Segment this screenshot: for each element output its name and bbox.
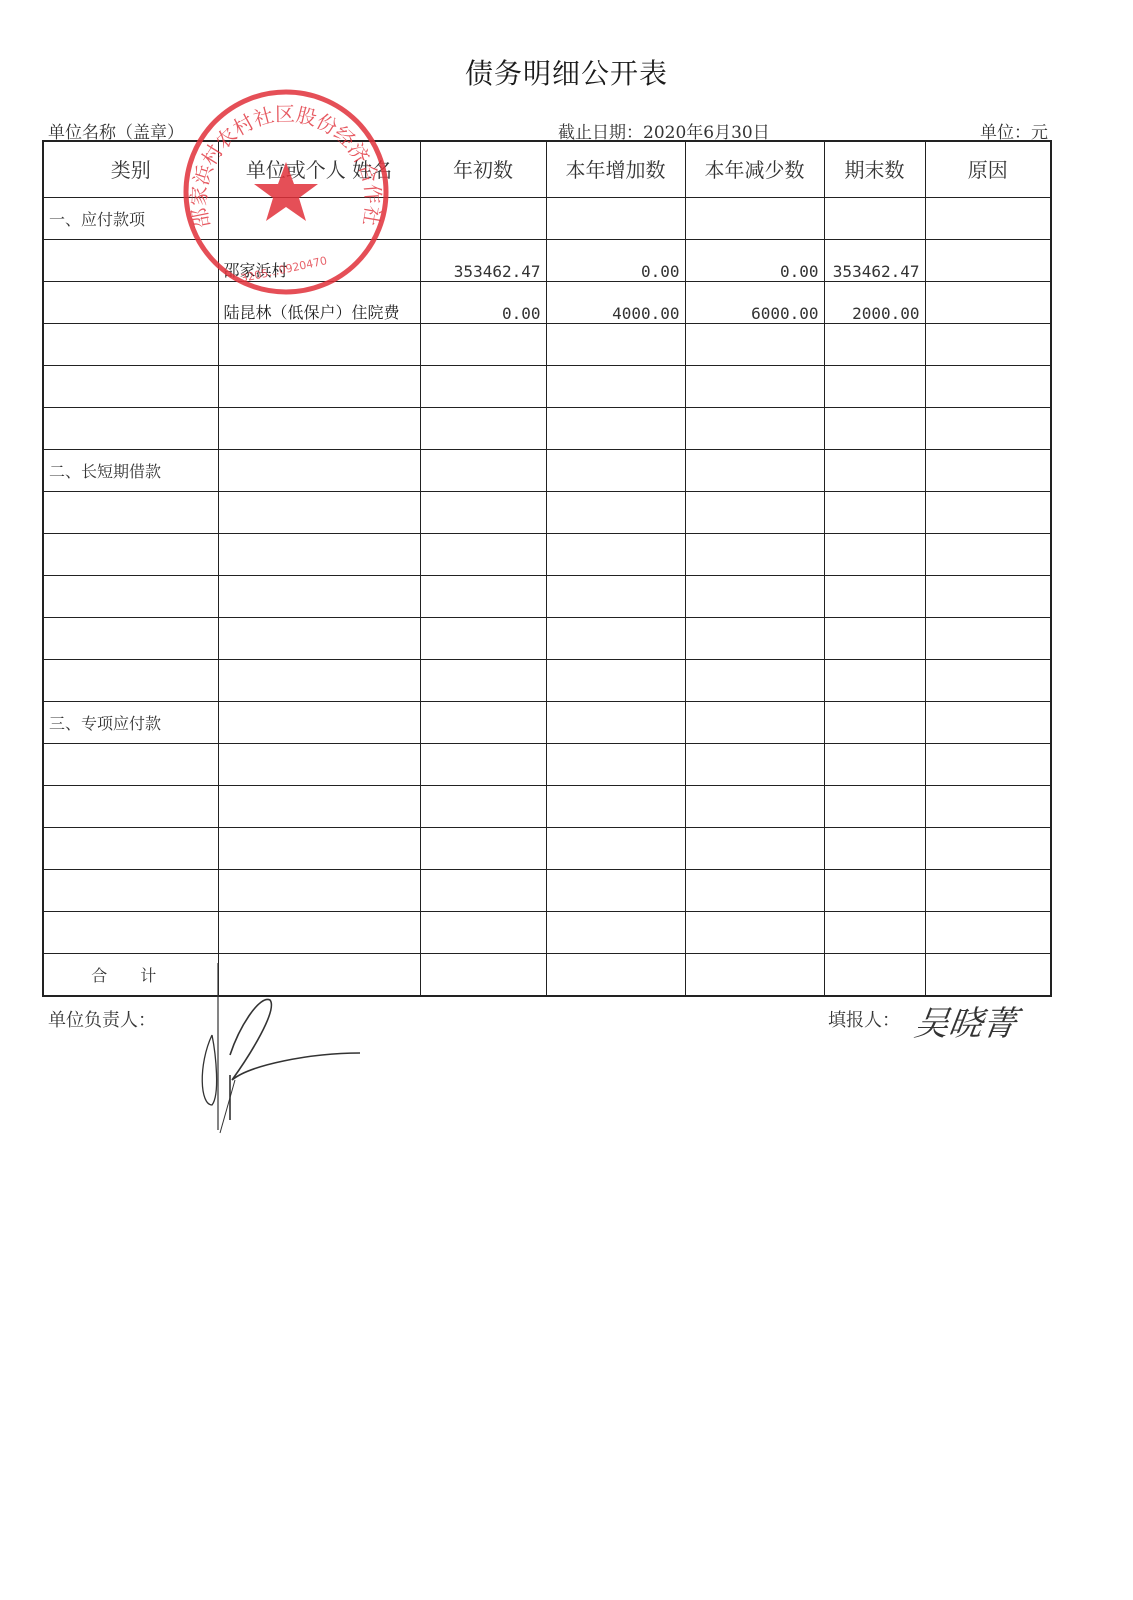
begin-cell (420, 702, 546, 744)
increase-cell (546, 450, 685, 492)
table-row (43, 912, 1051, 954)
name-cell (218, 618, 420, 660)
begin-cell (420, 450, 546, 492)
decrease-cell (685, 198, 824, 240)
begin-cell (420, 408, 546, 450)
name-cell (218, 576, 420, 618)
total-cell (685, 954, 824, 997)
total-cell (218, 954, 420, 997)
increase-cell (546, 786, 685, 828)
reason-cell (925, 240, 1051, 282)
page-title: 债务明细公开表 (0, 52, 1133, 92)
name-cell (218, 198, 420, 240)
name-cell (218, 492, 420, 534)
increase-cell (546, 492, 685, 534)
begin-cell (420, 366, 546, 408)
total-cell (925, 954, 1051, 997)
table-row: 一、应付款项 (43, 198, 1051, 240)
decrease-cell: 6000.00 (685, 282, 824, 324)
increase-cell (546, 744, 685, 786)
category-cell (43, 240, 218, 282)
table-header-row: 类别 单位或个人 姓名 年初数 本年增加数 本年减少数 期末数 原因 (43, 141, 1051, 198)
reason-cell (925, 534, 1051, 576)
begin-cell (420, 828, 546, 870)
category-cell (43, 534, 218, 576)
end-cell (824, 912, 925, 954)
decrease-cell (685, 534, 824, 576)
header-increase: 本年增加数 (546, 141, 685, 198)
increase-cell (546, 408, 685, 450)
header-end: 期末数 (824, 141, 925, 198)
category-cell (43, 492, 218, 534)
end-cell (824, 366, 925, 408)
category-cell (43, 324, 218, 366)
end-cell (824, 786, 925, 828)
end-cell (824, 492, 925, 534)
end-cell (824, 702, 925, 744)
table-row (43, 786, 1051, 828)
increase-cell (546, 618, 685, 660)
begin-cell (420, 744, 546, 786)
table-row: 二、长短期借款 (43, 450, 1051, 492)
table-row (43, 744, 1051, 786)
increase-cell (546, 198, 685, 240)
end-cell (824, 198, 925, 240)
category-cell (43, 786, 218, 828)
end-cell (824, 408, 925, 450)
begin-cell (420, 786, 546, 828)
end-cell (824, 660, 925, 702)
name-cell (218, 366, 420, 408)
begin-cell: 353462.47 (420, 240, 546, 282)
category-cell (43, 618, 218, 660)
table-row (43, 660, 1051, 702)
decrease-cell (685, 324, 824, 366)
increase-cell (546, 324, 685, 366)
decrease-cell (685, 450, 824, 492)
name-cell (218, 660, 420, 702)
total-cell (420, 954, 546, 997)
decrease-cell (685, 702, 824, 744)
begin-cell: 0.00 (420, 282, 546, 324)
table-row (43, 366, 1051, 408)
category-cell: 二、长短期借款 (43, 450, 218, 492)
decrease-cell (685, 408, 824, 450)
begin-cell (420, 198, 546, 240)
begin-cell (420, 870, 546, 912)
reason-cell (925, 408, 1051, 450)
reason-cell (925, 912, 1051, 954)
increase-cell (546, 534, 685, 576)
name-cell (218, 324, 420, 366)
reason-cell (925, 786, 1051, 828)
increase-cell (546, 702, 685, 744)
decrease-cell (685, 870, 824, 912)
name-cell (218, 828, 420, 870)
reason-cell (925, 828, 1051, 870)
end-cell (824, 744, 925, 786)
end-cell (824, 576, 925, 618)
name-cell (218, 786, 420, 828)
category-cell (43, 744, 218, 786)
category-cell (43, 870, 218, 912)
decrease-cell (685, 576, 824, 618)
begin-cell (420, 912, 546, 954)
name-cell (218, 702, 420, 744)
increase-cell (546, 660, 685, 702)
name-cell (218, 408, 420, 450)
table-row (43, 576, 1051, 618)
reason-cell (925, 702, 1051, 744)
preparer-signature: 吴晓菁 (912, 996, 1021, 1045)
category-cell (43, 408, 218, 450)
begin-cell (420, 660, 546, 702)
decrease-cell (685, 786, 824, 828)
reason-cell (925, 660, 1051, 702)
reason-cell (925, 744, 1051, 786)
name-cell (218, 450, 420, 492)
table-row (43, 534, 1051, 576)
decrease-cell (685, 660, 824, 702)
decrease-cell (685, 366, 824, 408)
header-reason: 原因 (925, 141, 1051, 198)
responsible-person-label: 单位负责人： (48, 1006, 156, 1032)
increase-cell (546, 366, 685, 408)
decrease-cell (685, 492, 824, 534)
table-row (43, 870, 1051, 912)
end-cell (824, 870, 925, 912)
table-row (43, 324, 1051, 366)
header-decrease: 本年减少数 (685, 141, 824, 198)
name-cell (218, 744, 420, 786)
table-row: 三、专项应付款 (43, 702, 1051, 744)
begin-cell (420, 576, 546, 618)
decrease-cell: 0.00 (685, 240, 824, 282)
name-cell (218, 912, 420, 954)
table-row (43, 618, 1051, 660)
total-cell (824, 954, 925, 997)
end-cell: 2000.00 (824, 282, 925, 324)
category-cell: 三、专项应付款 (43, 702, 218, 744)
end-cell (824, 828, 925, 870)
total-row: 合 计 (43, 954, 1051, 997)
reason-cell (925, 492, 1051, 534)
category-cell (43, 366, 218, 408)
category-cell (43, 660, 218, 702)
header-begin: 年初数 (420, 141, 546, 198)
name-cell (218, 870, 420, 912)
table-row (43, 828, 1051, 870)
increase-cell: 0.00 (546, 240, 685, 282)
reason-cell (925, 198, 1051, 240)
table-row: 陆昆林（低保户）住院费0.004000.006000.002000.00 (43, 282, 1051, 324)
begin-cell (420, 534, 546, 576)
category-cell (43, 576, 218, 618)
decrease-cell (685, 828, 824, 870)
name-cell: 邵家浜村 (218, 240, 420, 282)
reason-cell (925, 870, 1051, 912)
debt-detail-table: 类别 单位或个人 姓名 年初数 本年增加数 本年减少数 期末数 原因 一、应付款… (42, 140, 1052, 997)
category-cell (43, 282, 218, 324)
increase-cell (546, 870, 685, 912)
name-cell: 陆昆林（低保户）住院费 (218, 282, 420, 324)
table-row: 邵家浜村353462.470.000.00353462.47 (43, 240, 1051, 282)
end-cell: 353462.47 (824, 240, 925, 282)
header-category: 类别 (43, 141, 218, 198)
category-cell (43, 828, 218, 870)
category-cell: 一、应付款项 (43, 198, 218, 240)
name-cell (218, 534, 420, 576)
reason-cell (925, 618, 1051, 660)
reason-cell (925, 450, 1051, 492)
increase-cell (546, 828, 685, 870)
table-row (43, 492, 1051, 534)
reason-cell (925, 366, 1051, 408)
begin-cell (420, 492, 546, 534)
preparer-label: 填报人： (828, 1006, 900, 1032)
increase-cell: 4000.00 (546, 282, 685, 324)
begin-cell (420, 618, 546, 660)
end-cell (824, 618, 925, 660)
end-cell (824, 450, 925, 492)
end-cell (824, 324, 925, 366)
reason-cell (925, 576, 1051, 618)
begin-cell (420, 324, 546, 366)
total-label: 合 计 (43, 954, 218, 997)
decrease-cell (685, 912, 824, 954)
reason-cell (925, 282, 1051, 324)
header-name: 单位或个人 姓名 (218, 141, 420, 198)
total-cell (546, 954, 685, 997)
table-row (43, 408, 1051, 450)
increase-cell (546, 912, 685, 954)
increase-cell (546, 576, 685, 618)
category-cell (43, 912, 218, 954)
decrease-cell (685, 744, 824, 786)
decrease-cell (685, 618, 824, 660)
end-cell (824, 534, 925, 576)
reason-cell (925, 324, 1051, 366)
